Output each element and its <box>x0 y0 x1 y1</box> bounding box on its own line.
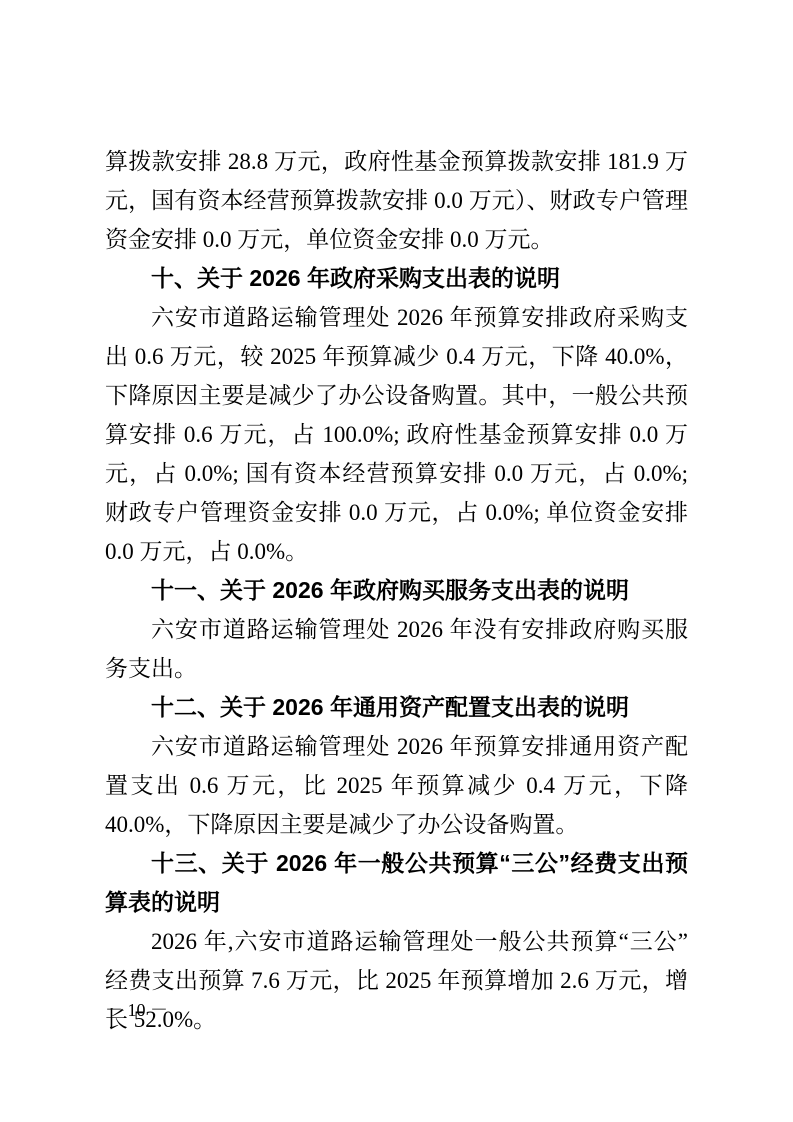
paragraph: 算拨款安排 28.8 万元，政府性基金预算拨款安排 181.9 万元，国有资本经… <box>105 142 688 259</box>
section-heading: 十一、关于 2026 年政府购买服务支出表的说明 <box>105 571 688 610</box>
paragraph: 六安市道路运输管理处 2026 年预算安排通用资产配置支出 0.6 万元，比 2… <box>105 727 688 844</box>
document-page: 算拨款安排 28.8 万元，政府性基金预算拨款安排 181.9 万元，国有资本经… <box>0 0 793 1122</box>
paragraph: 2026 年,六安市道路运输管理处一般公共预算“三公”经费支出预算 7.6 万元… <box>105 922 688 1039</box>
page-number: － 10 － <box>105 998 168 1022</box>
document-body: 算拨款安排 28.8 万元，政府性基金预算拨款安排 181.9 万元，国有资本经… <box>105 142 688 1039</box>
paragraph: 六安市道路运输管理处 2026 年没有安排政府购买服务支出。 <box>105 610 688 688</box>
section-heading: 十三、关于 2026 年一般公共预算“三公”经费支出预算表的说明 <box>105 844 688 922</box>
section-heading: 十、关于 2026 年政府采购支出表的说明 <box>105 259 688 298</box>
paragraph: 六安市道路运输管理处 2026 年预算安排政府采购支出 0.6 万元，较 202… <box>105 298 688 571</box>
section-heading: 十二、关于 2026 年通用资产配置支出表的说明 <box>105 688 688 727</box>
